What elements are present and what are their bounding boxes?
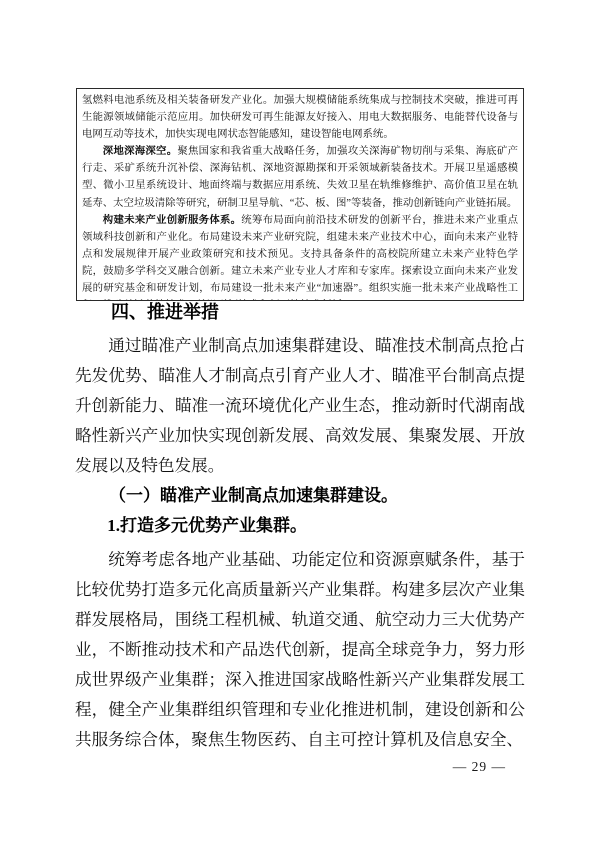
excerpt-paragraph: 构建未来产业创新服务体系。统筹布局面向前沿技术研发的创新平台，推进未来产业重点领… — [82, 212, 518, 301]
body-paragraph-1: 通过瞄准产业制高点加速集群建设、瞄准技术制高点抢占先发优势、瞄准人才制高点引育产… — [75, 331, 525, 481]
main-content: 四、推进举措 通过瞄准产业制高点加速集群建设、瞄准技术制高点抢占先发优势、瞄准人… — [75, 293, 525, 755]
page-number: — 29 — — [453, 757, 506, 777]
subsection-heading: （一）瞄准产业制高点加速集群建设。 — [75, 481, 525, 511]
excerpt-text: 氢燃料电池系统及相关装备研发产业化。加强大规模储能系统集成与控制技术突破，推进可… — [82, 95, 518, 140]
excerpt-paragraph: 氢燃料电池系统及相关装备研发产业化。加强大规模储能系统集成与控制技术突破，推进可… — [82, 92, 518, 143]
document-page: 氢燃料电池系统及相关装备研发产业化。加强大规模储能系统集成与控制技术突破，推进可… — [0, 0, 600, 848]
point-heading: 1.打造多元优势产业集群。 — [75, 511, 525, 541]
body-paragraph-2: 统筹考虑各地产业基础、功能定位和资源禀赋条件，基于比较优势打造多元化高质量新兴产… — [75, 545, 525, 755]
excerpt-lead: 深地深海深空。 — [103, 146, 178, 157]
excerpt-paragraph: 深地深海深空。聚焦国家和我省重大战略任务，加强攻关深海矿物切削与采集、海底矿产行… — [82, 143, 518, 211]
section-heading: 四、推进举措 — [75, 293, 525, 331]
excerpt-lead: 构建未来产业创新服务体系。 — [103, 215, 242, 226]
excerpt-text: 统筹布局面向前沿技术研发的创新平台，推进未来产业重点领域科技创新和产业化。布局建… — [82, 215, 518, 301]
boxed-excerpt: 氢燃料电池系统及相关装备研发产业化。加强大规模储能系统集成与控制技术突破，推进可… — [76, 88, 524, 301]
